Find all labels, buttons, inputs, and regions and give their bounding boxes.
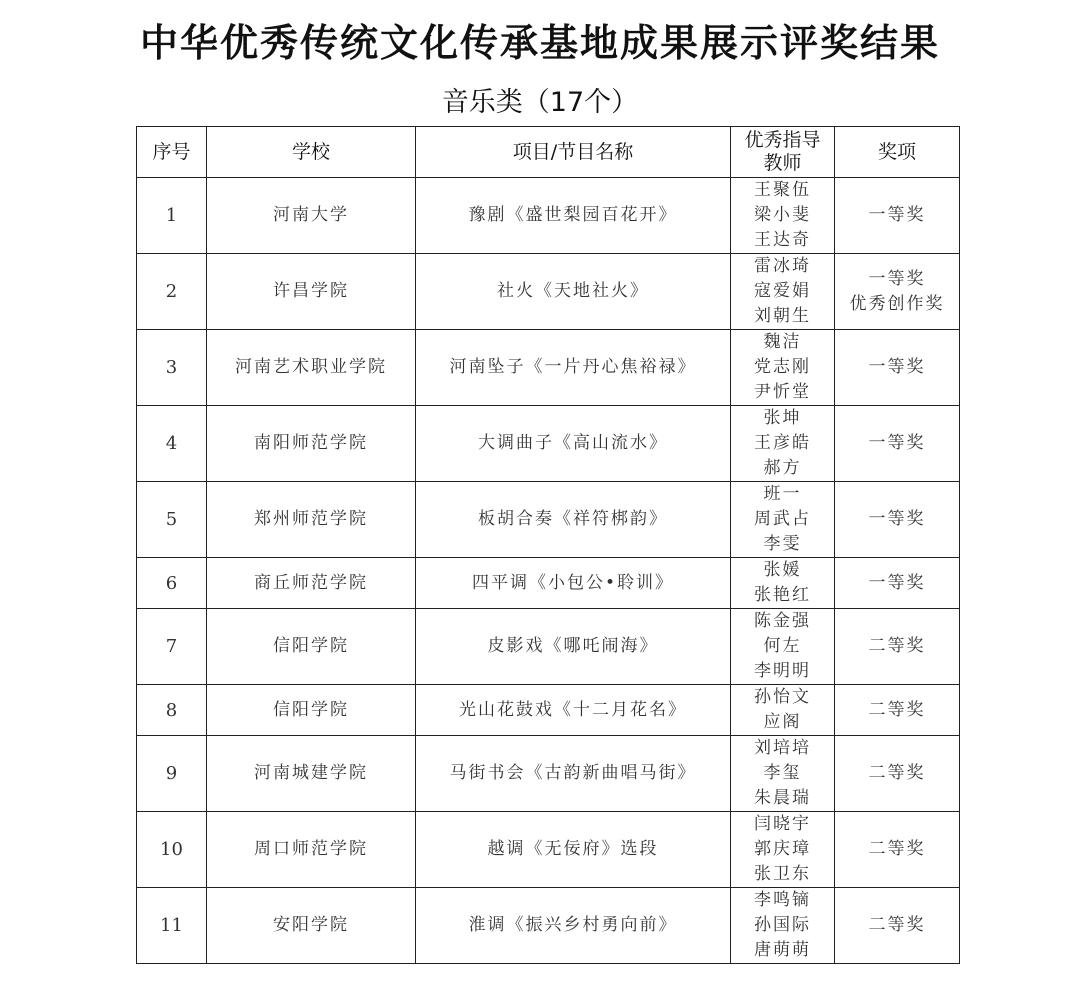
table-row: 10周口师范学院越调《无佞府》选段闫晓宇郭庆璋张卫东二等奖 [137,812,960,888]
cell-project: 光山花鼓戏《十二月花名》 [416,685,731,736]
teacher-name: 雷冰琦 [731,254,834,279]
teacher-name: 王彦皓 [731,431,834,456]
cell-teachers: 王聚伍梁小斐王达奇 [731,178,835,254]
cell-project: 河南坠子《一片丹心焦裕禄》 [416,330,731,406]
teacher-name: 张坤 [731,406,834,431]
cell-project: 越调《无佞府》选段 [416,812,731,888]
award-label: 一等奖 [835,355,959,380]
table-row: 6商丘师范学院四平调《小包公•聆训》张媛张艳红一等奖 [137,558,960,609]
teacher-name: 郝方 [731,456,834,481]
cell-project: 社火《天地社火》 [416,254,731,330]
cell-award: 一等奖 [835,558,960,609]
cell-award: 一等奖优秀创作奖 [835,254,960,330]
table-row: 3河南艺术职业学院河南坠子《一片丹心焦裕禄》魏洁党志刚尹忻堂一等奖 [137,330,960,406]
cell-no: 2 [137,254,207,330]
cell-teachers: 孙怡文应阁 [731,685,835,736]
cell-no: 3 [137,330,207,406]
teacher-name: 唐萌萌 [731,938,834,963]
teacher-name: 李明明 [731,659,834,684]
table-row: 5郑州师范学院板胡合奏《祥符梆韵》班一周武占李雯一等奖 [137,482,960,558]
table-row: 2许昌学院社火《天地社火》雷冰琦寇爱娟刘朝生一等奖优秀创作奖 [137,254,960,330]
cell-no: 9 [137,736,207,812]
cell-school: 安阳学院 [207,888,416,964]
award-label: 二等奖 [835,698,959,723]
cell-award: 二等奖 [835,888,960,964]
table-header-row: 序号 学校 项目/节目名称 优秀指导教师 奖项 [137,127,960,178]
cell-award: 一等奖 [835,482,960,558]
cell-no: 4 [137,406,207,482]
award-label: 一等奖 [835,431,959,456]
header-project: 项目/节目名称 [416,127,731,178]
teacher-name: 张卫东 [731,862,834,887]
teacher-name: 陈金强 [731,609,834,634]
header-school: 学校 [207,127,416,178]
table-row: 7信阳学院皮影戏《哪吒闹海》陈金强何左李明明二等奖 [137,609,960,685]
cell-school: 郑州师范学院 [207,482,416,558]
teacher-name: 王达奇 [731,228,834,253]
teacher-name: 周武占 [731,507,834,532]
cell-award: 二等奖 [835,812,960,888]
teacher-name: 应阁 [731,710,834,735]
award-label: 二等奖 [835,913,959,938]
cell-project: 皮影戏《哪吒闹海》 [416,609,731,685]
table-row: 4南阳师范学院大调曲子《高山流水》张坤王彦皓郝方一等奖 [137,406,960,482]
teacher-name: 班一 [731,482,834,507]
teacher-name: 寇爱娟 [731,279,834,304]
teacher-name: 郭庆璋 [731,837,834,862]
cell-award: 二等奖 [835,609,960,685]
cell-award: 一等奖 [835,330,960,406]
cell-school: 许昌学院 [207,254,416,330]
teacher-name: 党志刚 [731,355,834,380]
cell-award: 一等奖 [835,406,960,482]
page-title: 中华优秀传统文化传承基地成果展示评奖结果 [0,12,1080,67]
award-label: 一等奖 [835,507,959,532]
teacher-name: 李玺 [731,761,834,786]
header-teachers: 优秀指导教师 [731,127,835,178]
cell-project: 淮调《振兴乡村勇向前》 [416,888,731,964]
table-row: 1河南大学豫剧《盛世梨园百花开》王聚伍梁小斐王达奇一等奖 [137,178,960,254]
awards-table: 序号 学校 项目/节目名称 优秀指导教师 奖项 1河南大学豫剧《盛世梨园百花开》… [136,126,960,964]
cell-school: 周口师范学院 [207,812,416,888]
cell-project: 板胡合奏《祥符梆韵》 [416,482,731,558]
award-label: 一等奖 [835,571,959,596]
cell-project: 四平调《小包公•聆训》 [416,558,731,609]
award-label: 一等奖 [835,267,959,292]
header-award: 奖项 [835,127,960,178]
cell-teachers: 闫晓宇郭庆璋张卫东 [731,812,835,888]
cell-school: 河南艺术职业学院 [207,330,416,406]
teacher-name: 李雯 [731,532,834,557]
cell-teachers: 张媛张艳红 [731,558,835,609]
teacher-name: 刘培培 [731,736,834,761]
cell-school: 南阳师范学院 [207,406,416,482]
teacher-name: 朱晨瑞 [731,786,834,811]
award-label: 二等奖 [835,634,959,659]
teacher-name: 孙国际 [731,913,834,938]
cell-no: 6 [137,558,207,609]
cell-project: 马街书会《古韵新曲唱马街》 [416,736,731,812]
award-label: 一等奖 [835,203,959,228]
teacher-name: 魏洁 [731,330,834,355]
teacher-name: 张艳红 [731,583,834,608]
cell-school: 信阳学院 [207,609,416,685]
award-label: 二等奖 [835,761,959,786]
teacher-name: 闫晓宇 [731,812,834,837]
table-row: 9河南城建学院马街书会《古韵新曲唱马街》刘培培李玺朱晨瑞二等奖 [137,736,960,812]
cell-teachers: 魏洁党志刚尹忻堂 [731,330,835,406]
cell-school: 信阳学院 [207,685,416,736]
cell-no: 1 [137,178,207,254]
table-row: 8信阳学院光山花鼓戏《十二月花名》孙怡文应阁二等奖 [137,685,960,736]
cell-teachers: 班一周武占李雯 [731,482,835,558]
teacher-name: 尹忻堂 [731,380,834,405]
header-no: 序号 [137,127,207,178]
cell-no: 11 [137,888,207,964]
cell-school: 商丘师范学院 [207,558,416,609]
teacher-name: 刘朝生 [731,304,834,329]
cell-award: 二等奖 [835,685,960,736]
cell-award: 二等奖 [835,736,960,812]
award-label: 优秀创作奖 [835,292,959,317]
award-label: 二等奖 [835,837,959,862]
cell-project: 大调曲子《高山流水》 [416,406,731,482]
cell-no: 10 [137,812,207,888]
cell-school: 河南城建学院 [207,736,416,812]
teacher-name: 张媛 [731,558,834,583]
cell-teachers: 陈金强何左李明明 [731,609,835,685]
cell-project: 豫剧《盛世梨园百花开》 [416,178,731,254]
teacher-name: 孙怡文 [731,685,834,710]
cell-no: 7 [137,609,207,685]
table-row: 11安阳学院淮调《振兴乡村勇向前》李鸣镝孙国际唐萌萌二等奖 [137,888,960,964]
cell-school: 河南大学 [207,178,416,254]
cell-teachers: 雷冰琦寇爱娟刘朝生 [731,254,835,330]
cell-no: 5 [137,482,207,558]
teacher-name: 梁小斐 [731,203,834,228]
cell-teachers: 张坤王彦皓郝方 [731,406,835,482]
teacher-name: 何左 [731,634,834,659]
cell-no: 8 [137,685,207,736]
teacher-name: 李鸣镝 [731,888,834,913]
cell-teachers: 李鸣镝孙国际唐萌萌 [731,888,835,964]
teacher-name: 王聚伍 [731,178,834,203]
category-subtitle: 音乐类（17个） [0,80,1080,119]
cell-teachers: 刘培培李玺朱晨瑞 [731,736,835,812]
cell-award: 一等奖 [835,178,960,254]
